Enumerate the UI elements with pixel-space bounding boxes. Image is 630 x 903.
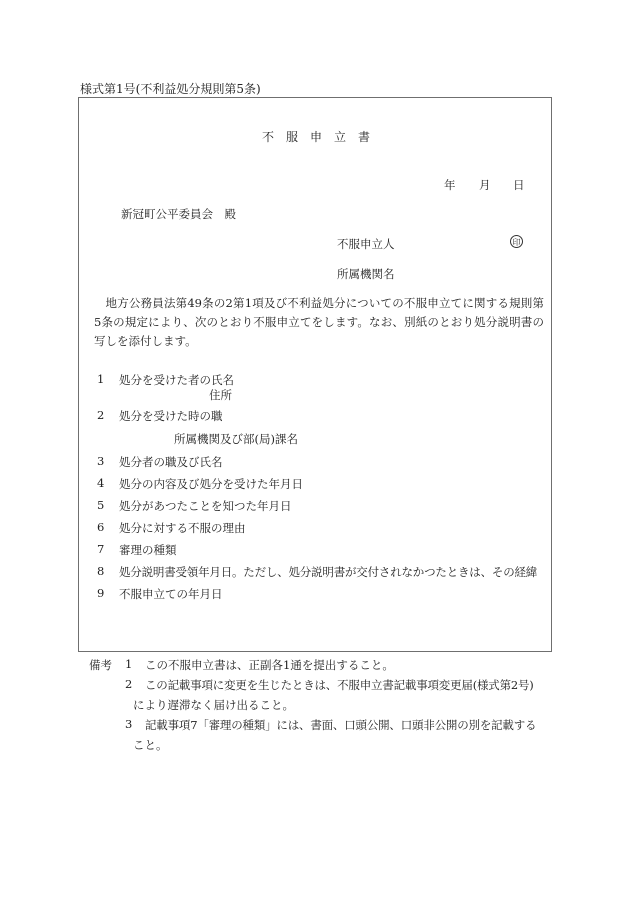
item-text: 処分の内容及び処分を受けた年月日 — [119, 476, 303, 492]
remark-number: 2 — [125, 677, 132, 691]
seal-icon: 印 — [510, 235, 523, 248]
date-day-label: 日 — [513, 177, 525, 193]
remark-text: 記載事項7「審理の種類」には、書面、口頭公開、口頭非公開の別を記載する — [145, 717, 536, 733]
applicant-label: 不服申立人 — [337, 236, 395, 252]
item-text: 処分に対する不服の理由 — [119, 520, 246, 536]
date-year-label: 年 — [444, 177, 456, 193]
item-text: 処分を受けた時の職 — [119, 408, 223, 424]
affiliation-label: 所属機関名 — [337, 266, 395, 282]
item-text: 処分を受けた者の氏名 — [119, 372, 234, 388]
document-title: 不服申立書 — [79, 128, 553, 145]
item-number: 3 — [97, 454, 104, 468]
item-text: 審理の種類 — [119, 542, 177, 558]
item-number: 1 — [97, 372, 104, 386]
form-number-label: 様式第1号(不利益処分規則第5条) — [80, 80, 261, 97]
remark-number: 3 — [125, 717, 132, 731]
item-subtext: 住所 — [209, 387, 232, 403]
document-frame: 不服申立書 年 月 日 新冠町公平委員会 殿 不服申立人 印 所属機関名 地方公… — [78, 97, 552, 652]
intro-paragraph: 地方公務員法第49条の2第1項及び不利益処分についての不服申立てに関する規則第5… — [94, 294, 544, 351]
item-number: 7 — [97, 542, 104, 556]
item-number: 9 — [97, 586, 104, 600]
item-text: 処分説明書受領年月日。ただし、処分説明書が交付されなかつたときは、その経緯 — [119, 564, 537, 580]
item-number: 2 — [97, 408, 104, 422]
item-subtext: 所属機関及び部(局)課名 — [174, 431, 298, 447]
item-number: 6 — [97, 520, 104, 534]
item-text: 処分があつたことを知つた年月日 — [119, 498, 292, 514]
remark-text: により遅滞なく届け出ること。 — [133, 697, 294, 713]
item-text: 不服申立ての年月日 — [119, 586, 223, 602]
remark-number: 1 — [125, 657, 132, 671]
remarks-label: 備考 — [89, 657, 112, 673]
date-month-label: 月 — [479, 177, 491, 193]
item-number: 5 — [97, 498, 104, 512]
remark-text: この不服申立書は、正副各1通を提出すること。 — [145, 657, 394, 673]
remark-text: この記載事項に変更を生じたときは、不服申立書記載事項変更届(様式第2号) — [145, 677, 534, 693]
item-number: 4 — [97, 476, 104, 490]
item-text: 処分者の職及び氏名 — [119, 454, 223, 470]
item-number: 8 — [97, 564, 104, 578]
addressee: 新冠町公平委員会 殿 — [121, 206, 236, 222]
remark-text: こと。 — [133, 737, 168, 753]
